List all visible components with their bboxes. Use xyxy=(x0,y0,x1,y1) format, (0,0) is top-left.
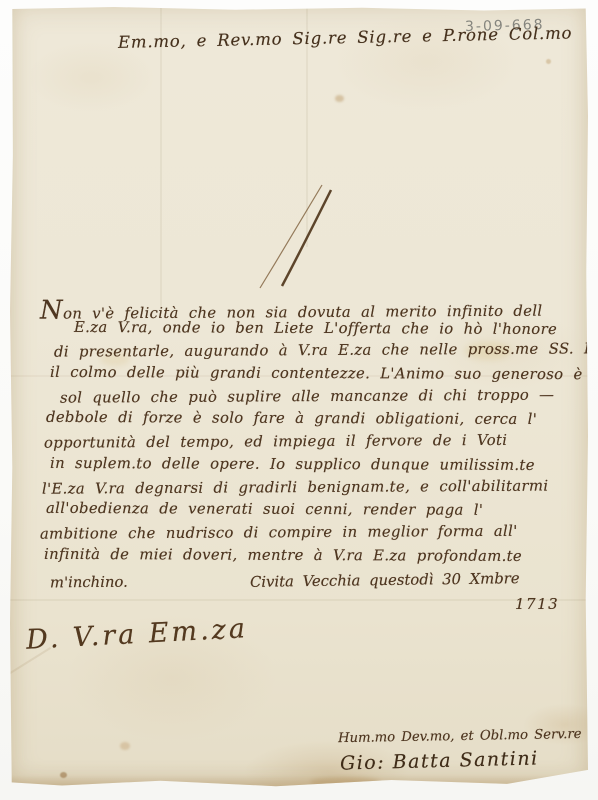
letter-line: Non v'è felicità che non sia dovuta al m… xyxy=(40,295,583,321)
paper-stain xyxy=(120,742,130,750)
letter-paper: 3-09-668 Em.mo, e Rev.mo Sig.re Sig.re e… xyxy=(10,7,588,787)
letter-line: l'E.za V.ra degnarsi di gradirli benigna… xyxy=(42,477,583,503)
date-year: 1713 xyxy=(515,595,559,613)
letter-line: il colmo delle più grandi contentezze. L… xyxy=(50,364,583,389)
closing-phrase: m'inchino. xyxy=(50,574,128,592)
letter-line: infinità de miei doveri, mentre à V.ra E… xyxy=(44,545,583,570)
pen-stroke-mark xyxy=(252,180,352,296)
ink-stain xyxy=(546,59,551,64)
closing-row: m'inchino. Civita Vecchia questodì 30 Xm… xyxy=(38,574,583,598)
letter-line: di presentarle, augurando à V.ra E.za ch… xyxy=(54,341,583,367)
valediction-line: Hum.mo Dev.mo, et Obl.mo Serv.re xyxy=(338,727,586,746)
letter-line: opportunità del tempo, ed impiega il fer… xyxy=(44,431,583,457)
letter-body: Non v'è felicità che non sia dovuta al m… xyxy=(38,297,583,569)
letter-line: in suplem.to delle opere. Io supplico du… xyxy=(50,455,583,480)
letter-line: debbole di forze è solo fare à grandi ob… xyxy=(46,409,583,434)
letter-line: ambitione che nudrisco di compire in meg… xyxy=(40,522,583,548)
place-dateline: Civita Vecchia questodì 30 Xmbre xyxy=(250,570,520,591)
paper-fold-crease xyxy=(10,599,588,601)
letter-line: sol quello che può suplire alle mancanze… xyxy=(60,386,583,412)
signature-name: Gio: Batta Santini xyxy=(340,747,539,774)
paper-crease xyxy=(160,7,162,307)
salutation-line: Em.mo, e Rev.mo Sig.re Sig.re e P.rone C… xyxy=(118,25,490,52)
letter-line: all'obedienza de venerati suoi cenni, re… xyxy=(46,500,583,525)
letter-line: E.za V.ra, onde io ben Liete L'offerta c… xyxy=(74,319,583,344)
sender-abbreviation: D. V.ra Em.za xyxy=(25,613,248,656)
pen-stroke-icon xyxy=(252,180,352,292)
ink-stain xyxy=(335,95,344,102)
